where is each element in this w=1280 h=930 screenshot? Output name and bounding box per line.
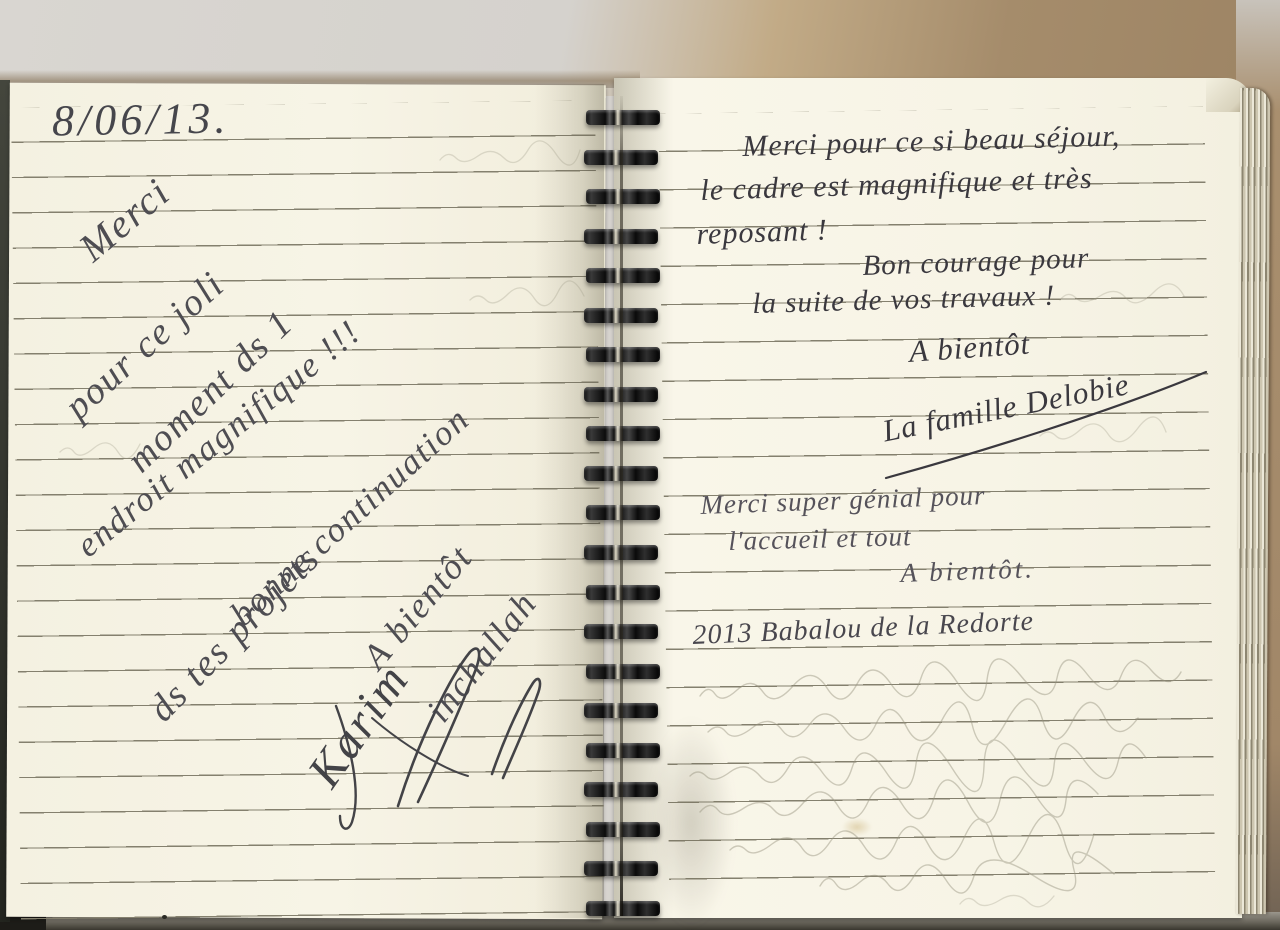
entry-date: 8/06/13. [52,96,230,143]
gutter-crease-line [620,96,623,916]
guestbook-scan: 8/06/13. Merci pour ce joli moment ds 1 … [0,0,1280,930]
right-entry2-line: A bientôt. [900,555,1035,587]
left-page [6,83,606,920]
spiral-coil [586,110,660,125]
spiral-coil [586,268,660,283]
right-entry1-line: reposant ! [696,215,828,250]
right-entry2-line: l'accueil et tout [728,523,912,555]
spiral-coil [586,664,660,679]
page-stack-edges [1236,88,1270,914]
spiral-coil [586,505,660,520]
spiral-coil [586,189,660,204]
spiral-coil [586,822,660,837]
spiral-coil [586,743,660,758]
spiral-coil [586,426,660,441]
spiral-coil [586,585,660,600]
gutter-shadow-blob [648,718,734,928]
right-entry1-closing: A bientôt [908,328,1031,367]
spiral-coil [586,901,660,916]
paper-stain [842,818,872,836]
ink-speck [162,915,167,919]
spiral-coil [586,347,660,362]
